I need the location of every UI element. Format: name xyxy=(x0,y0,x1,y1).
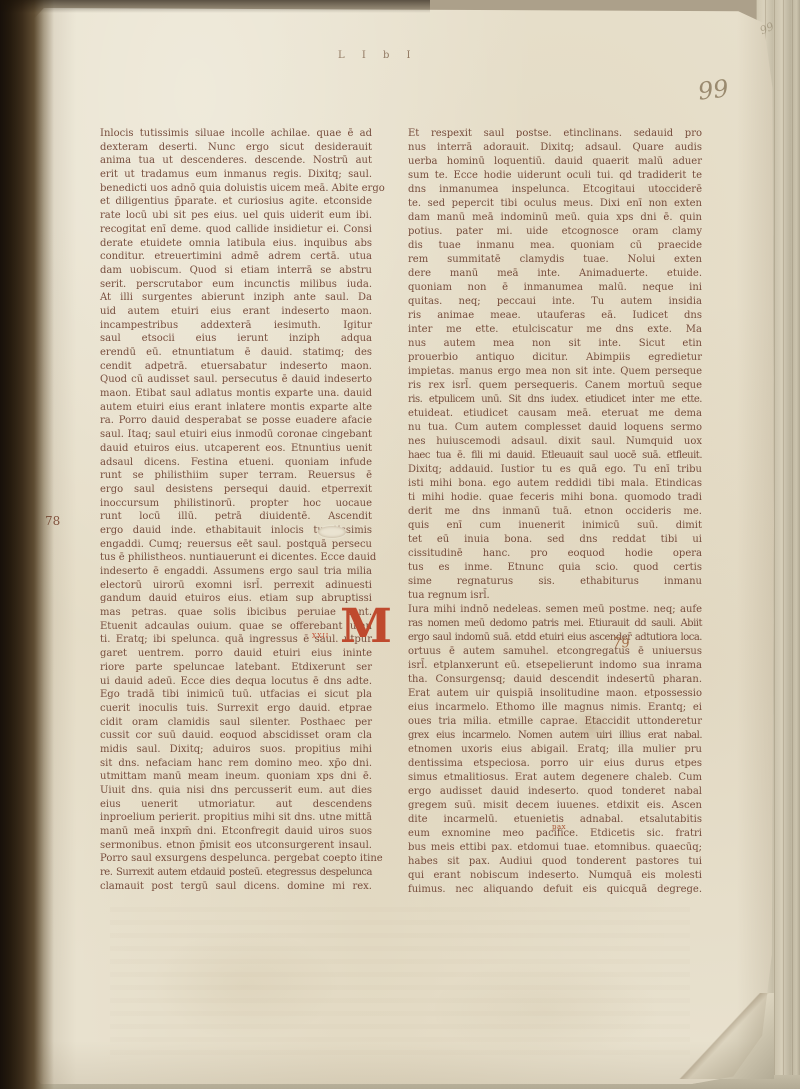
text-line: benedicti uos adnō quia doluistis uicem … xyxy=(100,182,372,196)
text-line: inoccursum philistinorū. propter hoc uoc… xyxy=(100,497,372,511)
text-line: ui dauid adeū. Ecce dies dequa locutus ē… xyxy=(100,675,372,689)
text-line: impietas. manus ergo mea non sit inte. Q… xyxy=(408,365,702,379)
text-line: tha. Consurgensq; dauid descendit indese… xyxy=(408,673,702,687)
text-line: cissitudinē hanc. pro eoquod hodie opera xyxy=(408,547,702,561)
text-line: rate locū ubi sit pes eius. uel quis uid… xyxy=(100,209,372,223)
text-line: Erat autem uir quispiā insolitudine maon… xyxy=(408,687,702,701)
text-line: midis saul. Dixitq; aduiros suos. propit… xyxy=(100,743,372,757)
text-line: Uiuit dns. quia nisi dns percusserit eum… xyxy=(100,784,372,798)
text-line: nus interrā adorauit. Dixitq; adsaul. Qu… xyxy=(408,141,702,155)
text-line: dam manū meā indominū meū. quia xps dni … xyxy=(408,211,702,225)
top-edge-shadow xyxy=(0,0,430,13)
corner-curl xyxy=(678,993,774,1079)
text-line: ti mihi hodie. quae feceris mihi bona. q… xyxy=(408,491,702,505)
text-line: rem summitatē clamydis tuae. Nolui exten xyxy=(408,253,702,267)
text-line: autem etuiri eius erant inlatere montis … xyxy=(100,401,372,415)
text-line: etnomen uxoris eius abigail. Eratq; illa… xyxy=(408,743,702,757)
text-line: sit dns. nefaciam hanc rem domino meo. x… xyxy=(100,757,372,771)
text-line: ti. Eratq; ibi spelunca. quā ingressus ē… xyxy=(100,633,372,647)
text-line: tus es inme. Etnunc quia scio. quod cert… xyxy=(408,561,702,575)
text-line: ra. Porro dauid desperabat se posse euad… xyxy=(100,414,372,428)
text-line: maon. Etibat saul adlatus montis exparte… xyxy=(100,387,372,401)
text-line: gregem suū. misit decem iuuenes. etdixit… xyxy=(408,799,702,813)
text-line: habes sit pax. Audiui quod tonderent pas… xyxy=(408,855,702,869)
text-line: runt locū illū. petrā diuidentē. Ascendi… xyxy=(100,510,372,524)
text-line: runt se philisthiim super terram. Reuers… xyxy=(100,469,372,483)
text-line: quoniam non ē inmanumea malū. neque ini xyxy=(408,281,702,295)
text-line: ergo saul indomū suā. etdd etuiri eius a… xyxy=(408,631,702,645)
text-line: derit me dns inmanū tuā. etnon occideris… xyxy=(408,505,702,519)
text-line: clamauit post tergū saul dicens. domine … xyxy=(100,880,372,894)
text-line: quis enī cum inuenerit inimicū suū. dimi… xyxy=(408,519,702,533)
text-column-left: Inlocis tutissimis siluae incolle achila… xyxy=(100,127,372,894)
text-line: haec tua ē. fili mi dauid. Etleuauit sau… xyxy=(408,449,702,463)
text-line: garet uentrem. porro dauid etuiri eius i… xyxy=(100,647,372,661)
text-line: erit ut tradamus eum inmanus regis. Dixi… xyxy=(100,168,372,182)
text-column-right: Et respexit saul postse. etinclinans. se… xyxy=(408,127,702,897)
text-line: etuideat. etiudicet causam meā. eteruat … xyxy=(408,407,702,421)
text-line: eius uenerit utmoriatur. aut descendens xyxy=(100,798,372,812)
text-line: ergo saul desistens persequi dauid. etpe… xyxy=(100,483,372,497)
text-line: gandum dauid etuiros eius. etiam sup abr… xyxy=(100,592,372,606)
interlinear-gloss: pax xyxy=(552,823,566,831)
margin-section-number-right: 79 xyxy=(612,635,630,651)
text-line: dns inmanumea inspelunca. Etcogitaui uto… xyxy=(408,183,702,197)
text-line: dauid etuiros eius. utcaperent eos. Etnu… xyxy=(100,442,372,456)
text-line: cussit cor suū dauid. eoquod abscidisset… xyxy=(100,729,372,743)
folio-number: 99 xyxy=(696,74,730,106)
text-line: adsaul dicens. Festina etueni. quoniam i… xyxy=(100,456,372,470)
text-line: conditur. etreuertimini admē adrem certā… xyxy=(100,250,372,264)
text-line: serit. perscrutabor eum incunctis milibu… xyxy=(100,278,372,292)
text-line: recogitat enī deme. quod callide insidie… xyxy=(100,223,372,237)
text-line: nes huiuscemodi adsaul. dixit saul. Numq… xyxy=(408,435,702,449)
text-line: sime regnaturus sis. ethabiturus inmanu xyxy=(408,575,702,589)
text-line: dere manū meā inte. Animaduerte. etuide. xyxy=(408,267,702,281)
text-line: dentissima etspeciosa. porro uir eius du… xyxy=(408,757,702,771)
chapter-number-rubric: xxii xyxy=(312,631,329,641)
text-line: erendū eū. etnuntiatum ē dauid. statimq;… xyxy=(100,346,372,360)
text-line: ergo audisset dauid indeserto. quod tond… xyxy=(408,785,702,799)
binding-gutter xyxy=(0,0,54,1089)
text-line: dis tuae inmanu mea. quoniam cū praecide xyxy=(408,239,702,253)
text-line: grex eius incarmelo. Nomen autem uiri il… xyxy=(408,729,702,743)
text-line: nus autem mea non sit inte. Sicut etin xyxy=(408,337,702,351)
text-line: Et respexit saul postse. etinclinans. se… xyxy=(408,127,702,141)
text-line: ris rex isrl̄. quem persequeris. Canem m… xyxy=(408,379,702,393)
text-line: saul etsocii eius ierunt inziph adqua xyxy=(100,332,372,346)
text-line: riore parte speluncae latebant. Etdixeru… xyxy=(100,661,372,675)
text-line: anima tua ut descenderes. descende. Nost… xyxy=(100,154,372,168)
text-line: electorū uirorū exomni isrl̄. perrexit a… xyxy=(100,579,372,593)
text-line: isrl̄. etplanxerunt eū. etsepelierunt in… xyxy=(408,659,702,673)
text-line: re. Surrexit autem etdauid posteū. etegr… xyxy=(100,866,372,880)
text-line: saul. Itaq; saul etuiri eius inmodū coro… xyxy=(100,428,372,442)
decorated-initial-M: M xyxy=(340,603,392,650)
text-line: tus ē philistheos. nuntiauerunt ei dicen… xyxy=(100,551,372,565)
verso-show-through xyxy=(110,905,690,1055)
text-line: sum te. Ecce hodie uiderunt oculi tui. q… xyxy=(408,169,702,183)
text-line: et diligentius p̄parate. et curiosius ag… xyxy=(100,195,372,209)
text-line: inter me ette. etulciscatur me dns exte.… xyxy=(408,323,702,337)
text-line: cuerit inoculis tuis. Surrexit ergo daui… xyxy=(100,702,372,716)
text-line: ris animae meae. utauferas eā. Iudicet d… xyxy=(408,309,702,323)
text-line: manū meā inxpm̄ dni. Etconfregit dauid u… xyxy=(100,825,372,839)
text-line: bus meis ettibi pax. etdomui tuae. etomn… xyxy=(408,841,702,855)
text-line: incampestribus addexterā iesimuth. Igitu… xyxy=(100,319,372,333)
text-line: inproelium perierit. propitius mihi sit … xyxy=(100,811,372,825)
text-line: cendit adpetrā. etuersabatur indeserto m… xyxy=(100,360,372,374)
text-line: oues tria milia. etmille caprae. Etaccid… xyxy=(408,715,702,729)
text-line: derate etuidete omnia latibula eius. inq… xyxy=(100,237,372,251)
running-header: L I b I xyxy=(338,50,417,61)
text-line: Ego tradā tibi inimicū tuū. utfacias ei … xyxy=(100,688,372,702)
text-line: isti mihi bona. ego autem reddidi tibi m… xyxy=(408,477,702,491)
text-line: fuimus. nec aliquando defuit eis quicquā… xyxy=(408,883,702,897)
text-line: At illi surgentes abierunt inziph ante s… xyxy=(100,291,372,305)
text-line: Quod cū audisset saul. persecutus ē daui… xyxy=(100,373,372,387)
parchment-hole xyxy=(318,526,346,538)
text-line: dam uobiscum. Quod si etiam interrā se a… xyxy=(100,264,372,278)
text-line: Etuenit adcaulas ouium. quae se offereba… xyxy=(100,620,372,634)
text-line: uerba hominū loquentiū. dauid quaerit ma… xyxy=(408,155,702,169)
text-line: Porro saul exsurgens despelunca. pergeba… xyxy=(100,852,372,866)
text-line: te. sed pepercit tibi oculus meus. Dixi … xyxy=(408,197,702,211)
text-line: eius incarmelo. Ethomo ille magnus nimis… xyxy=(408,701,702,715)
text-line: mas petras. quae solis ibicibus peruiae … xyxy=(100,606,372,620)
text-line: Inlocis tutissimis siluae incolle achila… xyxy=(100,127,372,141)
text-line: Dixitq; addauid. Iustior tu es quā ego. … xyxy=(408,463,702,477)
text-line: cidit oram clamidis saul silenter. Posth… xyxy=(100,716,372,730)
text-line: potius. pater mi. uide etcognosce oram c… xyxy=(408,225,702,239)
text-line: ris. etpulicem unū. Sit dns iudex. etiud… xyxy=(408,393,702,407)
text-line: ortuus ē autem samuhel. etcongregatus ē … xyxy=(408,645,702,659)
text-line: engaddi. Cumq; reuersus eēt saul. postqu… xyxy=(100,538,372,552)
text-line: prouerbio antiquo dicitur. Abimpiis egre… xyxy=(408,351,702,365)
text-line: simus etmalitiosus. Erat autem degenere … xyxy=(408,771,702,785)
text-line: Iura mihi indnō nedeleas. semen meū post… xyxy=(408,603,702,617)
text-line: uid autem etuiri eius erant indeserto ma… xyxy=(100,305,372,319)
text-line: quitas. neq; peccaui inte. Tu autem insi… xyxy=(408,295,702,309)
text-line: utmittam manū meam ineum. quoniam xps dn… xyxy=(100,770,372,784)
text-line: ras nomen meū dedomo patris mei. Etiurau… xyxy=(408,617,702,631)
text-line: qui erant nobiscum indeserto. Numquā eis… xyxy=(408,869,702,883)
text-line: sermonibus. etnon p̄misit eos utconsurge… xyxy=(100,839,372,853)
text-line: nu tua. Cum autem complesset dauid loque… xyxy=(408,421,702,435)
text-line: tua regnum isrl̄. xyxy=(408,589,702,603)
text-line: indeserto ē engaddi. Assumens ergo saul … xyxy=(100,565,372,579)
text-line: dexteram deserti. Nunc ergo sicut deside… xyxy=(100,141,372,155)
text-line: tet eū inuia bona. sed dns reddat tibi u… xyxy=(408,533,702,547)
